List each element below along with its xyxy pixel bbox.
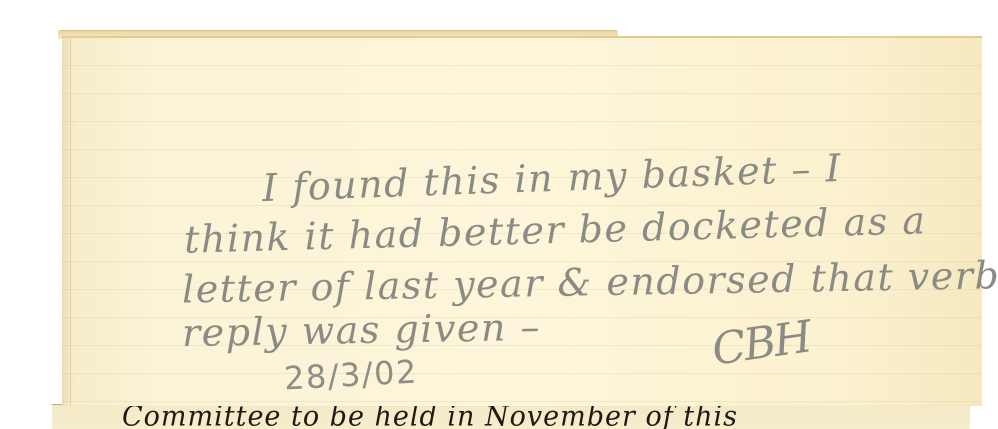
note-date: 28/3/02 (283, 353, 419, 398)
underlying-page: Committee to be held in November of this (52, 404, 970, 429)
note-line-1: I found this in my basket – I (261, 146, 842, 210)
note-sheet: I found this in my basket – I think it h… (62, 36, 982, 406)
note-line-3: letter of last year & endorsed that verb… (182, 253, 998, 312)
signature-initials: CBH (709, 311, 814, 375)
document-scan: Committee to be held in November of this… (0, 0, 998, 429)
note-line-4: reply was given – (182, 305, 542, 355)
